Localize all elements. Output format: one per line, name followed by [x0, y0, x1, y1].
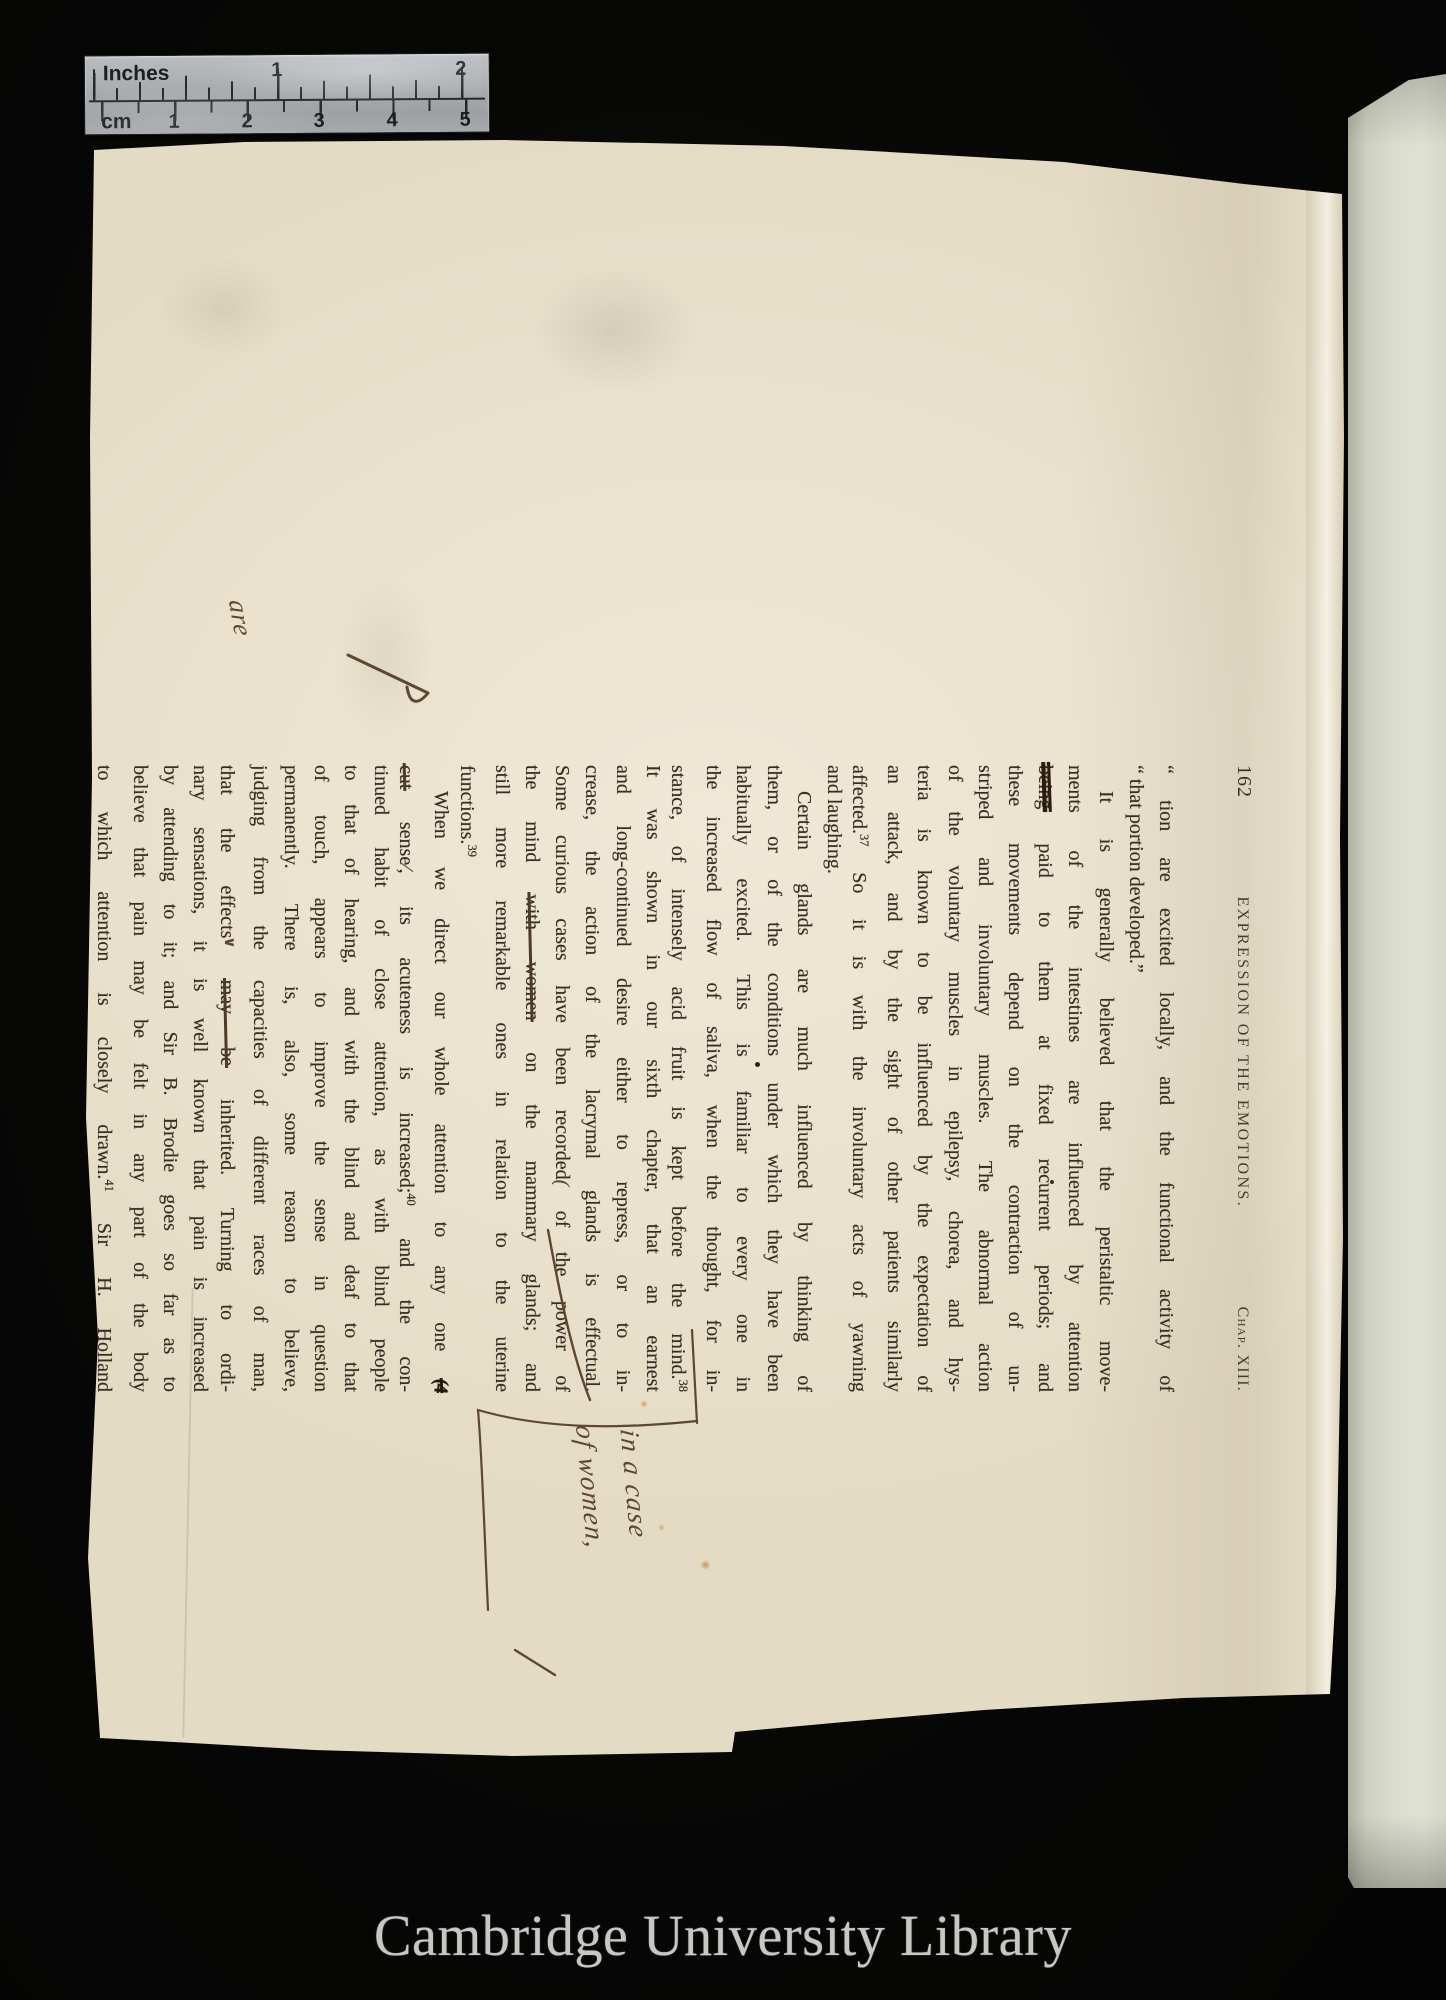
ruler-cm-label: cm: [101, 110, 132, 134]
text-line: striped and involuntary muscles. The abn…: [970, 765, 1000, 1392]
text-line: that the effects∨ may be inherited. Turn…: [215, 765, 245, 1392]
print-text: and laughing.: [823, 765, 845, 874]
print-text: sense: [395, 789, 417, 865]
margin-note-are: are: [222, 600, 259, 637]
print-text: Sir H. Holland: [93, 1192, 115, 1392]
print-text: [216, 947, 238, 980]
text-line: affected.37 So it is with the involuntar…: [849, 765, 879, 1392]
print-text: tinued habit of close attention, as with…: [370, 765, 392, 1392]
text-line: ments of the intestines are influenced b…: [1060, 765, 1090, 1392]
print-text: to which attention is closely drawn.: [93, 765, 115, 1179]
print-text: by attending to it; and Sir B. Brodie go…: [159, 765, 181, 1392]
facing-page-edge: [1348, 74, 1446, 1888]
print-text: striped and involuntary muscles. The abn…: [974, 765, 996, 1392]
text-line: permanently. There is, also, some reason…: [275, 765, 305, 1392]
text-line: to that of hearing, and with the blind a…: [336, 765, 366, 1392]
print-text: Some curious cases have been recorded: [551, 765, 573, 1180]
running-title: EXPRESSION OF THE EMOTIONS.: [1233, 896, 1251, 1208]
footnote-ref: 40: [404, 1193, 418, 1206]
struck-text: may be: [216, 980, 238, 1066]
ruler-inches-label: Inches: [103, 62, 170, 86]
text-line: habitually excited. This is familiar to …: [728, 765, 758, 1392]
print-text: It is generally believed that the perist…: [1095, 791, 1117, 1392]
proof-mark-7: [340, 615, 440, 725]
print-text: “ that portion developed.”: [1125, 765, 1147, 973]
print-text: affected.: [848, 765, 870, 834]
ink-mark: (4: [426, 1378, 457, 1394]
text-line: teria is known to be influenced by the e…: [909, 765, 939, 1392]
ruler-inch-mark: 1: [271, 59, 282, 82]
print-text: believe that pain may be felt in any par…: [129, 765, 151, 1392]
print-text: When we direct our whole attention to an…: [431, 791, 453, 1379]
print-text: and the con-: [395, 1206, 417, 1392]
text-line: Certain glands are much influenced by th…: [789, 765, 819, 1392]
text-line: these movements depend on the contractio…: [1000, 765, 1030, 1392]
text-line: “ tion are excited locally, and the func…: [1151, 765, 1181, 1392]
text-line: them, or of the conditions under which t…: [758, 765, 788, 1392]
ruler-cm-mark: 3: [314, 110, 325, 133]
print-text: inherited. Turning to ordi-: [216, 1066, 238, 1392]
print-text: nary sensations, it is well known that p…: [189, 765, 211, 1392]
struck-text: being: [1034, 765, 1056, 809]
header-gap: [1181, 765, 1221, 1392]
ruler-cm-mark: 2: [242, 110, 253, 133]
page-header: 162 EXPRESSION OF THE EMOTIONS. Chap. XI…: [1221, 765, 1255, 1392]
footnote-ref: 37: [857, 834, 871, 847]
ruler-midline: [89, 98, 485, 103]
print-text: , its acuteness is increased;: [395, 869, 417, 1194]
manuscript-page: 162 EXPRESSION OF THE EMOTIONS. Chap. XI…: [84, 138, 1346, 1758]
print-text: paid to them at fixed recurrent periods;…: [1034, 809, 1056, 1392]
print-text: judging from the capacities of different…: [249, 765, 271, 1392]
print-text: Certain glands are much influenced by th…: [793, 791, 815, 1392]
text-line: It is generally believed that the perist…: [1090, 765, 1120, 1392]
print-text: that the effects: [216, 765, 238, 938]
print-text: ments of the intestines are influenced b…: [1064, 765, 1086, 1392]
print-text: them, or of the conditions under which t…: [763, 765, 785, 1392]
text-line: by attending to it; and Sir B. Brodie go…: [155, 765, 185, 1392]
measurement-ruler: Inches cm 1 2 1 2 3 4 5: [84, 53, 491, 136]
footnote-ref: 39: [465, 844, 479, 857]
text-line: and laughing.: [819, 765, 849, 1392]
ruler-inch-ticks: [93, 86, 479, 101]
footnote-ref: 41: [102, 1179, 116, 1192]
print-text: an attack, and by the sight of other pat…: [883, 765, 905, 1392]
struck-text: with women: [521, 894, 543, 1020]
photographed-manuscript: Inches cm 1 2 1 2 3 4 5 162 EXPRESSION O…: [0, 0, 1446, 2000]
text-line: being paid to them at fixed recurrent pe…: [1030, 765, 1060, 1392]
text-line: nary sensations, it is well known that p…: [185, 765, 215, 1392]
print-text: of touch, appears to improve the sense i…: [310, 765, 332, 1392]
ruler-cm-mark: 4: [387, 109, 398, 132]
page-number: 162: [1232, 765, 1255, 798]
print-text: these movements depend on the contractio…: [1004, 765, 1026, 1392]
print-text: So it is with the involuntary acts of ya…: [848, 847, 870, 1392]
print-text: habitually excited. This is familiar to …: [732, 765, 754, 1392]
ruler-cm-ticks: [101, 100, 481, 114]
page-edge-highlight: [1306, 178, 1344, 1698]
text-line: judging from the capacities of different…: [245, 765, 275, 1392]
text-line: “ that portion developed.”: [1121, 765, 1151, 1392]
rotated-text-block: 162 EXPRESSION OF THE EMOTIONS. Chap. XI…: [94, 765, 1255, 1392]
print-text: of the voluntary muscles in epilepsy, ch…: [944, 765, 966, 1392]
text-line: of touch, appears to improve the sense i…: [306, 765, 336, 1392]
print-text: permanently. There is, also, some reason…: [280, 765, 302, 1392]
text-line: When we direct our whole attention to an…: [426, 765, 456, 1392]
text-line: believe that pain may be felt in any par…: [124, 765, 154, 1392]
print-text: the mind: [521, 765, 543, 894]
text-line: cut sense∕, its acuteness is increased;4…: [396, 765, 426, 1392]
struck-text: cut: [395, 765, 417, 789]
text-line: an attack, and by the sight of other pat…: [879, 765, 909, 1392]
print-text: teria is known to be influenced by the e…: [914, 765, 936, 1392]
chapter-label: Chap. XIII.: [1233, 1307, 1251, 1392]
ruler-cm-mark: 1: [169, 111, 180, 134]
ruler-inch-mark: 2: [455, 58, 466, 81]
text-line: tinued habit of close attention, as with…: [366, 765, 396, 1392]
text-line: to which attention is closely drawn.41 S…: [94, 765, 124, 1392]
print-text: to that of hearing, and with the blind a…: [340, 765, 362, 1392]
print-text: functions.: [456, 765, 478, 844]
ruler-cm-mark: 5: [460, 109, 471, 132]
library-caption: Cambridge University Library: [22, 1902, 1425, 1969]
text-line: of the voluntary muscles in epilepsy, ch…: [940, 765, 970, 1392]
print-text: “ tion are excited locally, and the func…: [1155, 765, 1177, 1392]
